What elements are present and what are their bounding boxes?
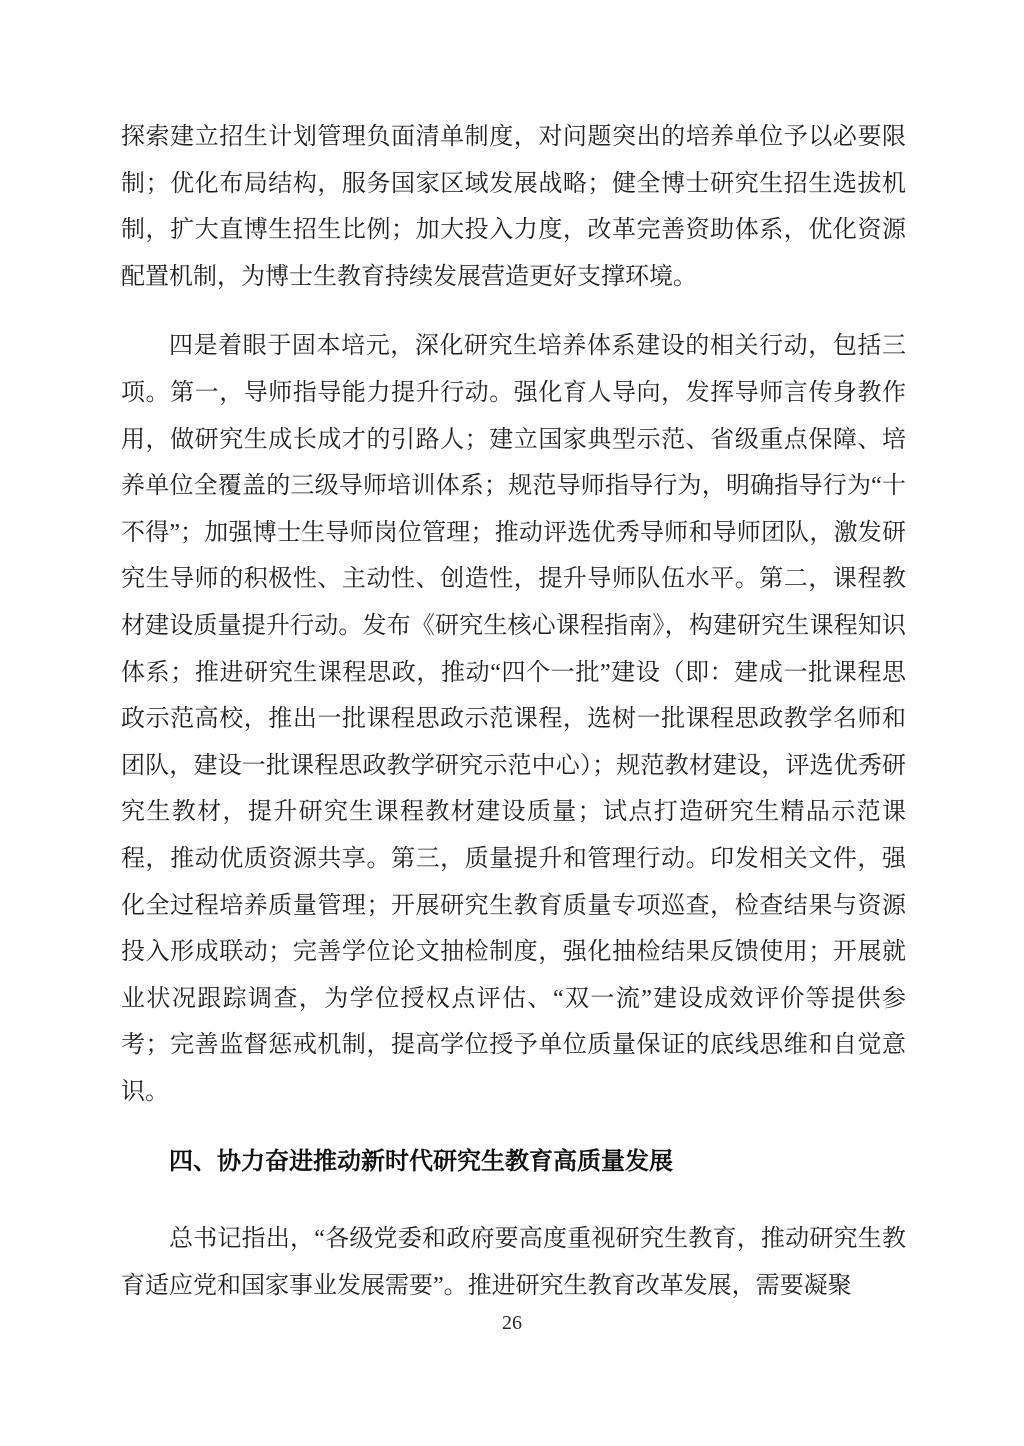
paragraph-continuation: 探索建立招生计划管理负面清单制度，对问题突出的培养单位予以必要限制；优化布局结构…: [121, 114, 906, 300]
paragraph-closing: 总书记指出，“各级党委和政府要高度重视研究生教育，推动研究生教育适应党和国家事业…: [121, 1216, 906, 1309]
section-heading: 四、协力奋进推动新时代研究生教育高质量发展: [121, 1139, 906, 1186]
paragraph-training-actions: 四是着眼于固本培元，深化研究生培养体系建设的相关行动，包括三项。第一，导师指导能…: [121, 323, 906, 1115]
document-page: 探索建立招生计划管理负面清单制度，对问题突出的培养单位予以必要限制；优化布局结构…: [0, 0, 1024, 1446]
page-number: 26: [0, 1312, 1024, 1335]
